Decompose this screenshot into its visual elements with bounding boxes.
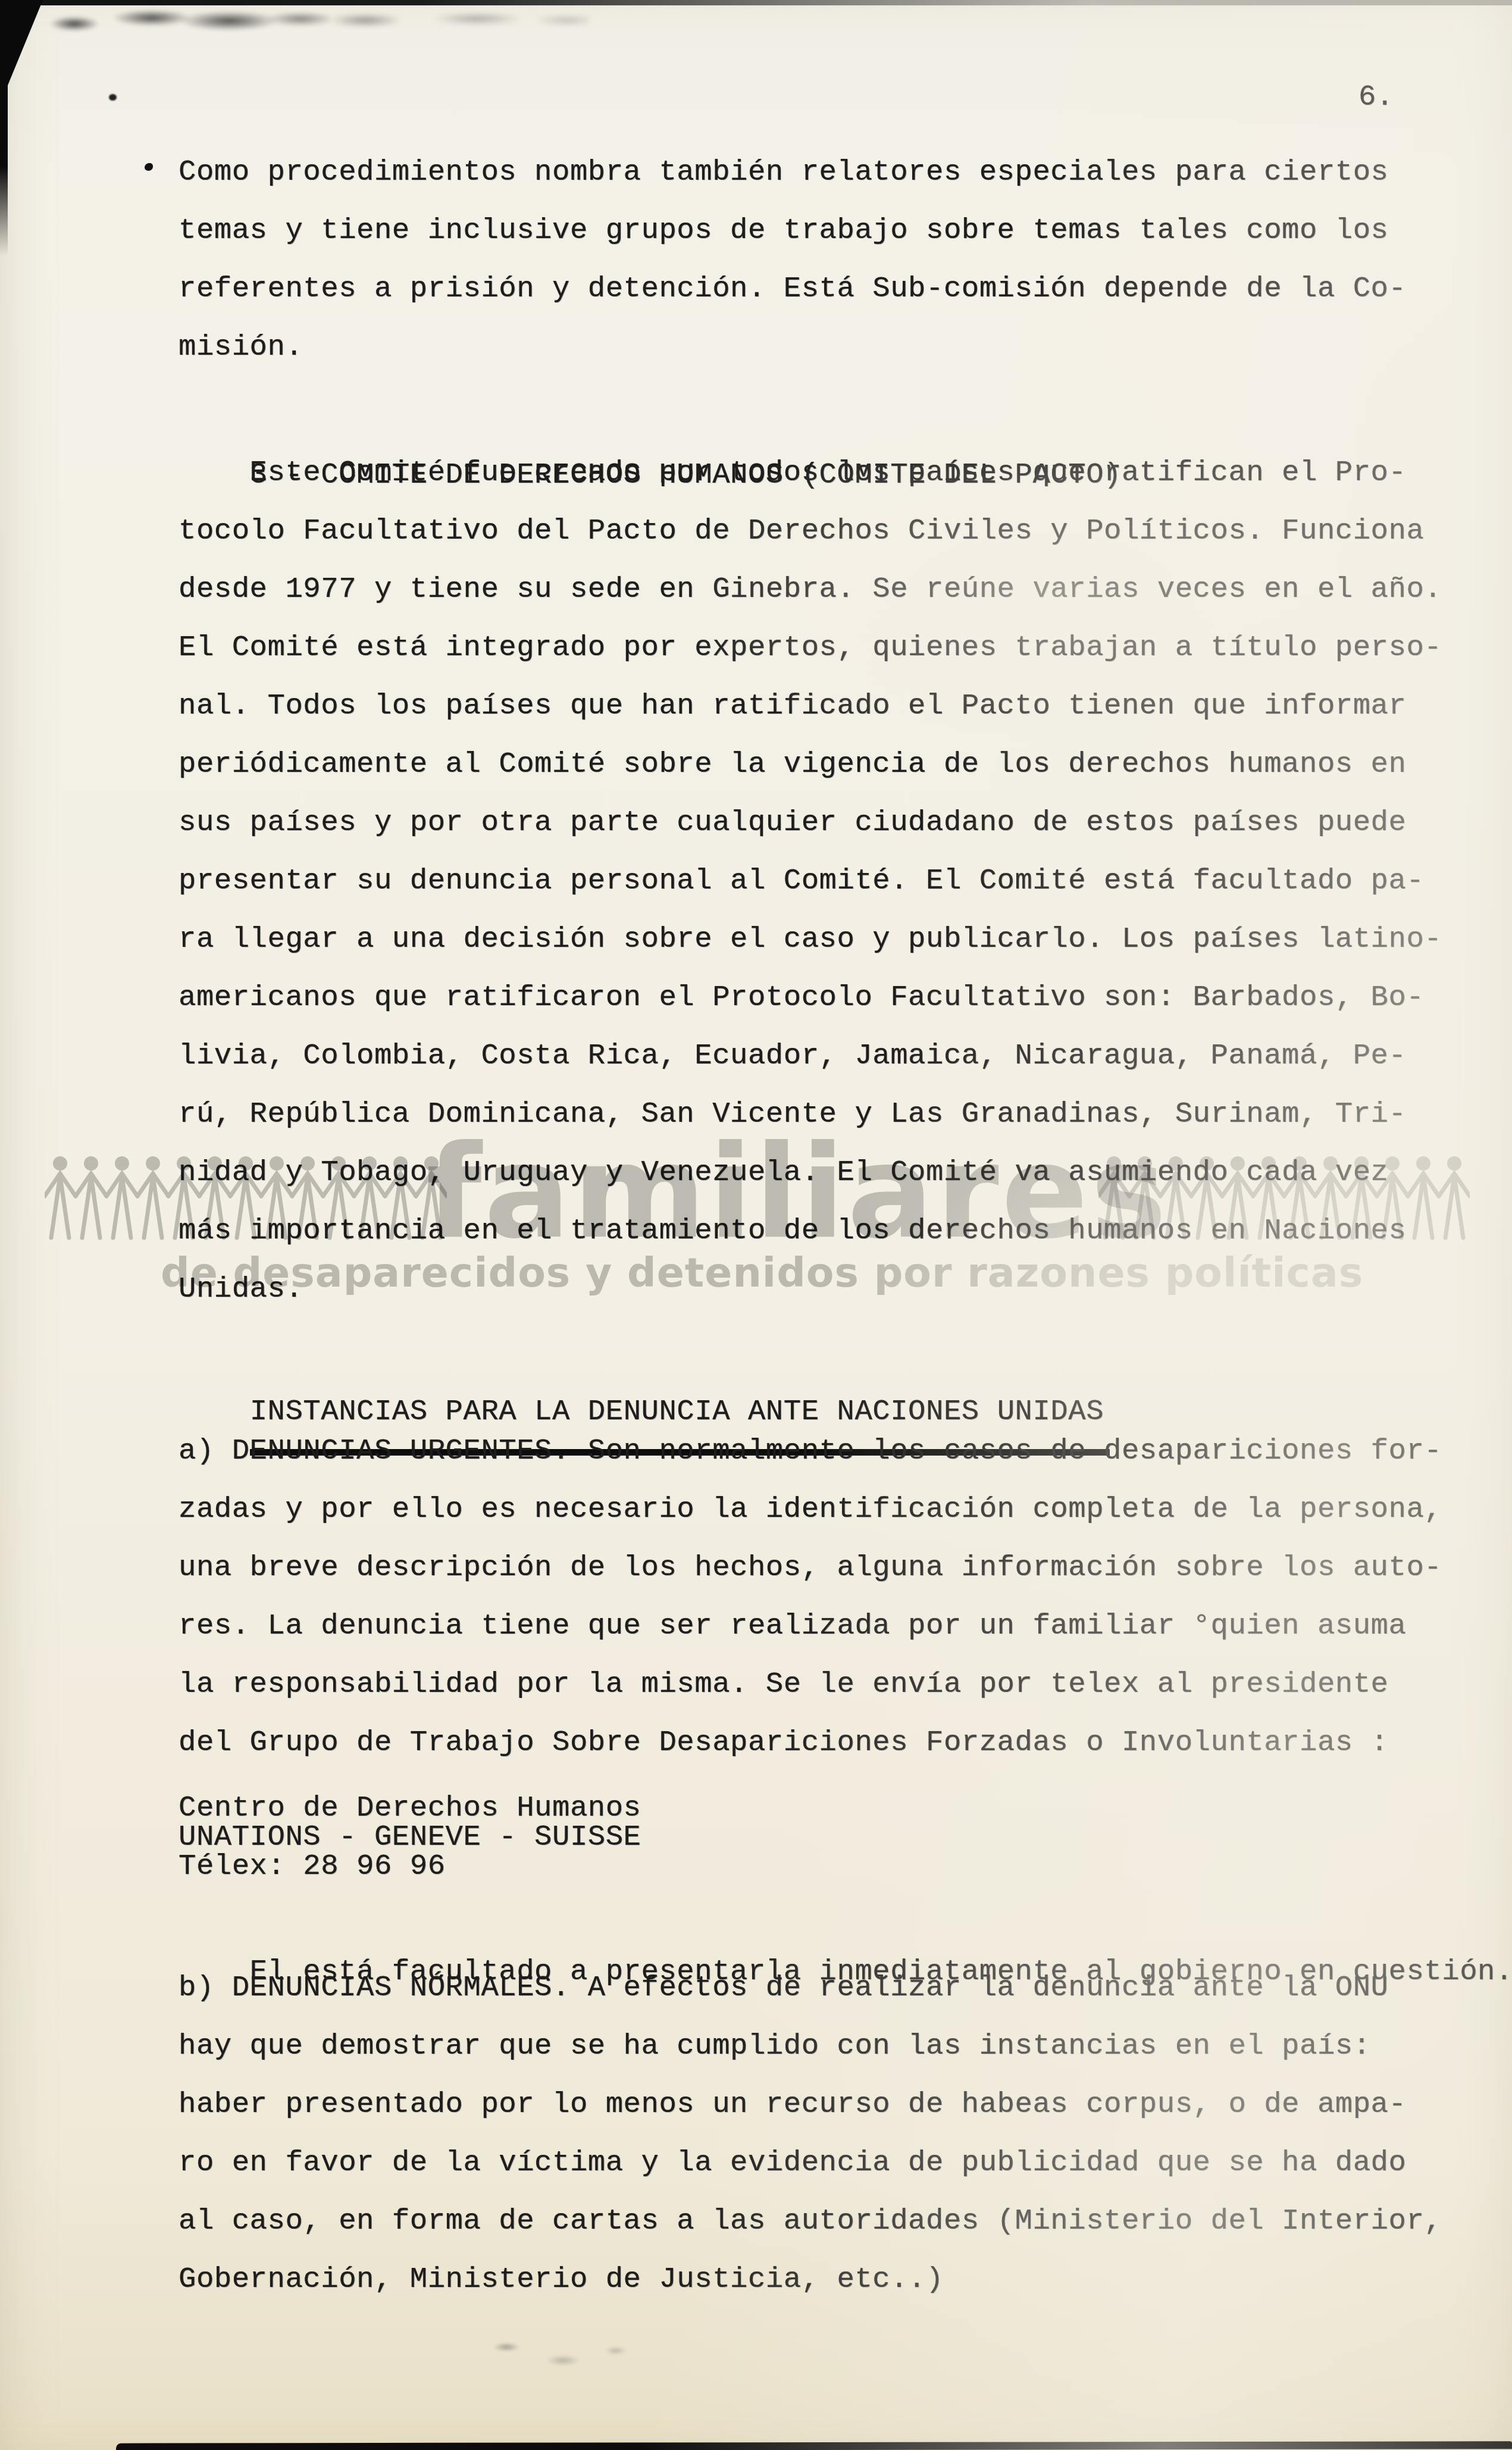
text-line: Como procedimientos nombra también relat…	[179, 143, 1406, 201]
text-line: temas y tiene inclusive grupos de trabaj…	[179, 201, 1406, 259]
scanned-document-page: 6. Como procedimientos nombra también re…	[0, 0, 1512, 2450]
address-line: Télex: 28 96 96	[179, 1852, 641, 1881]
text-line: periódicamente al Comité sobre la vigenc…	[179, 735, 1442, 793]
scan-bottom-edge-artifact	[116, 2441, 1512, 2450]
ink-dot-artifact	[109, 94, 117, 101]
urgent-denuncias-paragraph: a) DENUNCIAS URGENTES. Son normalmente l…	[179, 1422, 1442, 1772]
text-line: desde 1977 y tiene su sede en Ginebra. S…	[179, 560, 1442, 618]
text-line: americanos que ratificaron el Protocolo …	[179, 968, 1442, 1027]
text-line: Unidas.	[179, 1260, 1442, 1318]
text-line: Este Comité fue creado por todos los paí…	[179, 443, 1442, 502]
text-line: ra llegar a una decisión sobre el caso y…	[179, 910, 1442, 968]
ink-smudge-artifact	[33, 2, 330, 39]
text-line: nidad y Tobago, Uruguay y Venezuela. El …	[179, 1143, 1442, 1201]
text-line: una breve descripción de los hechos, alg…	[179, 1538, 1442, 1597]
text-line: ro en favor de la víctima y la evidencia…	[179, 2133, 1442, 2192]
text-line: El Comité está integrado por expertos, q…	[179, 618, 1442, 677]
text-line: nal. Todos los países que han ratificado…	[179, 677, 1442, 735]
text-line: livia, Colombia, Costa Rica, Ecuador, Ja…	[179, 1027, 1442, 1085]
text-line: zadas y por ello es necesario la identif…	[179, 1480, 1442, 1538]
text-line: res. La denuncia tiene que ser realizada…	[179, 1597, 1442, 1655]
text-line: hay que demostrar que se ha cumplido con…	[179, 2017, 1442, 2075]
address-block: Centro de Derechos HumanosUNATIONS - GEN…	[179, 1794, 641, 1881]
intro-paragraph: Como procedimientos nombra también relat…	[179, 143, 1406, 376]
address-line: UNATIONS - GENEVE - SUISSE	[179, 1823, 641, 1852]
ink-smudge-artifact	[309, 6, 589, 35]
text-line: tocolo Facultativo del Pacto de Derechos…	[179, 502, 1442, 560]
text-line: más importancia en el tratamiento de los…	[179, 1201, 1442, 1260]
pencil-smudge-artifact	[470, 2333, 672, 2377]
text-line: rú, República Dominicana, San Vicente y …	[179, 1085, 1442, 1143]
scan-corner-artifact	[0, 0, 43, 104]
text-line: al caso, en forma de cartas a las autori…	[179, 2192, 1442, 2250]
normal-denuncias-paragraph: b) DENUNCIAS NÓRMALES. A efectos de real…	[179, 1958, 1442, 2308]
text-line: sus países y por otra parte cualquier ci…	[179, 793, 1442, 852]
text-line: misión.	[179, 318, 1406, 376]
text-line: b) DENUNCIAS NÓRMALES. A efectos de real…	[179, 1958, 1442, 2017]
ink-dot-artifact	[145, 163, 153, 171]
text-line: referentes a prisión y detención. Está S…	[179, 259, 1406, 318]
scan-left-edge-artifact	[0, 0, 8, 256]
scan-top-edge-artifact	[0, 0, 1512, 5]
text-line: Gobernación, Ministerio de Justicia, etc…	[179, 2250, 1442, 2308]
text-line: presentar su denuncia personal al Comité…	[179, 852, 1442, 910]
page-number: 6.	[1358, 80, 1394, 114]
text-line: a) DENUNCIAS URGENTES. Son normalmente l…	[179, 1422, 1442, 1480]
text-line: haber presentado por lo menos un recurso…	[179, 2075, 1442, 2133]
text-line: la responsabilidad por la misma. Se le e…	[179, 1655, 1442, 1713]
text-line: del Grupo de Trabajo Sobre Desaparicione…	[179, 1713, 1442, 1772]
address-line: Centro de Derechos Humanos	[179, 1794, 641, 1823]
section-paragraph: Este Comité fue creado por todos los paí…	[179, 443, 1442, 1318]
